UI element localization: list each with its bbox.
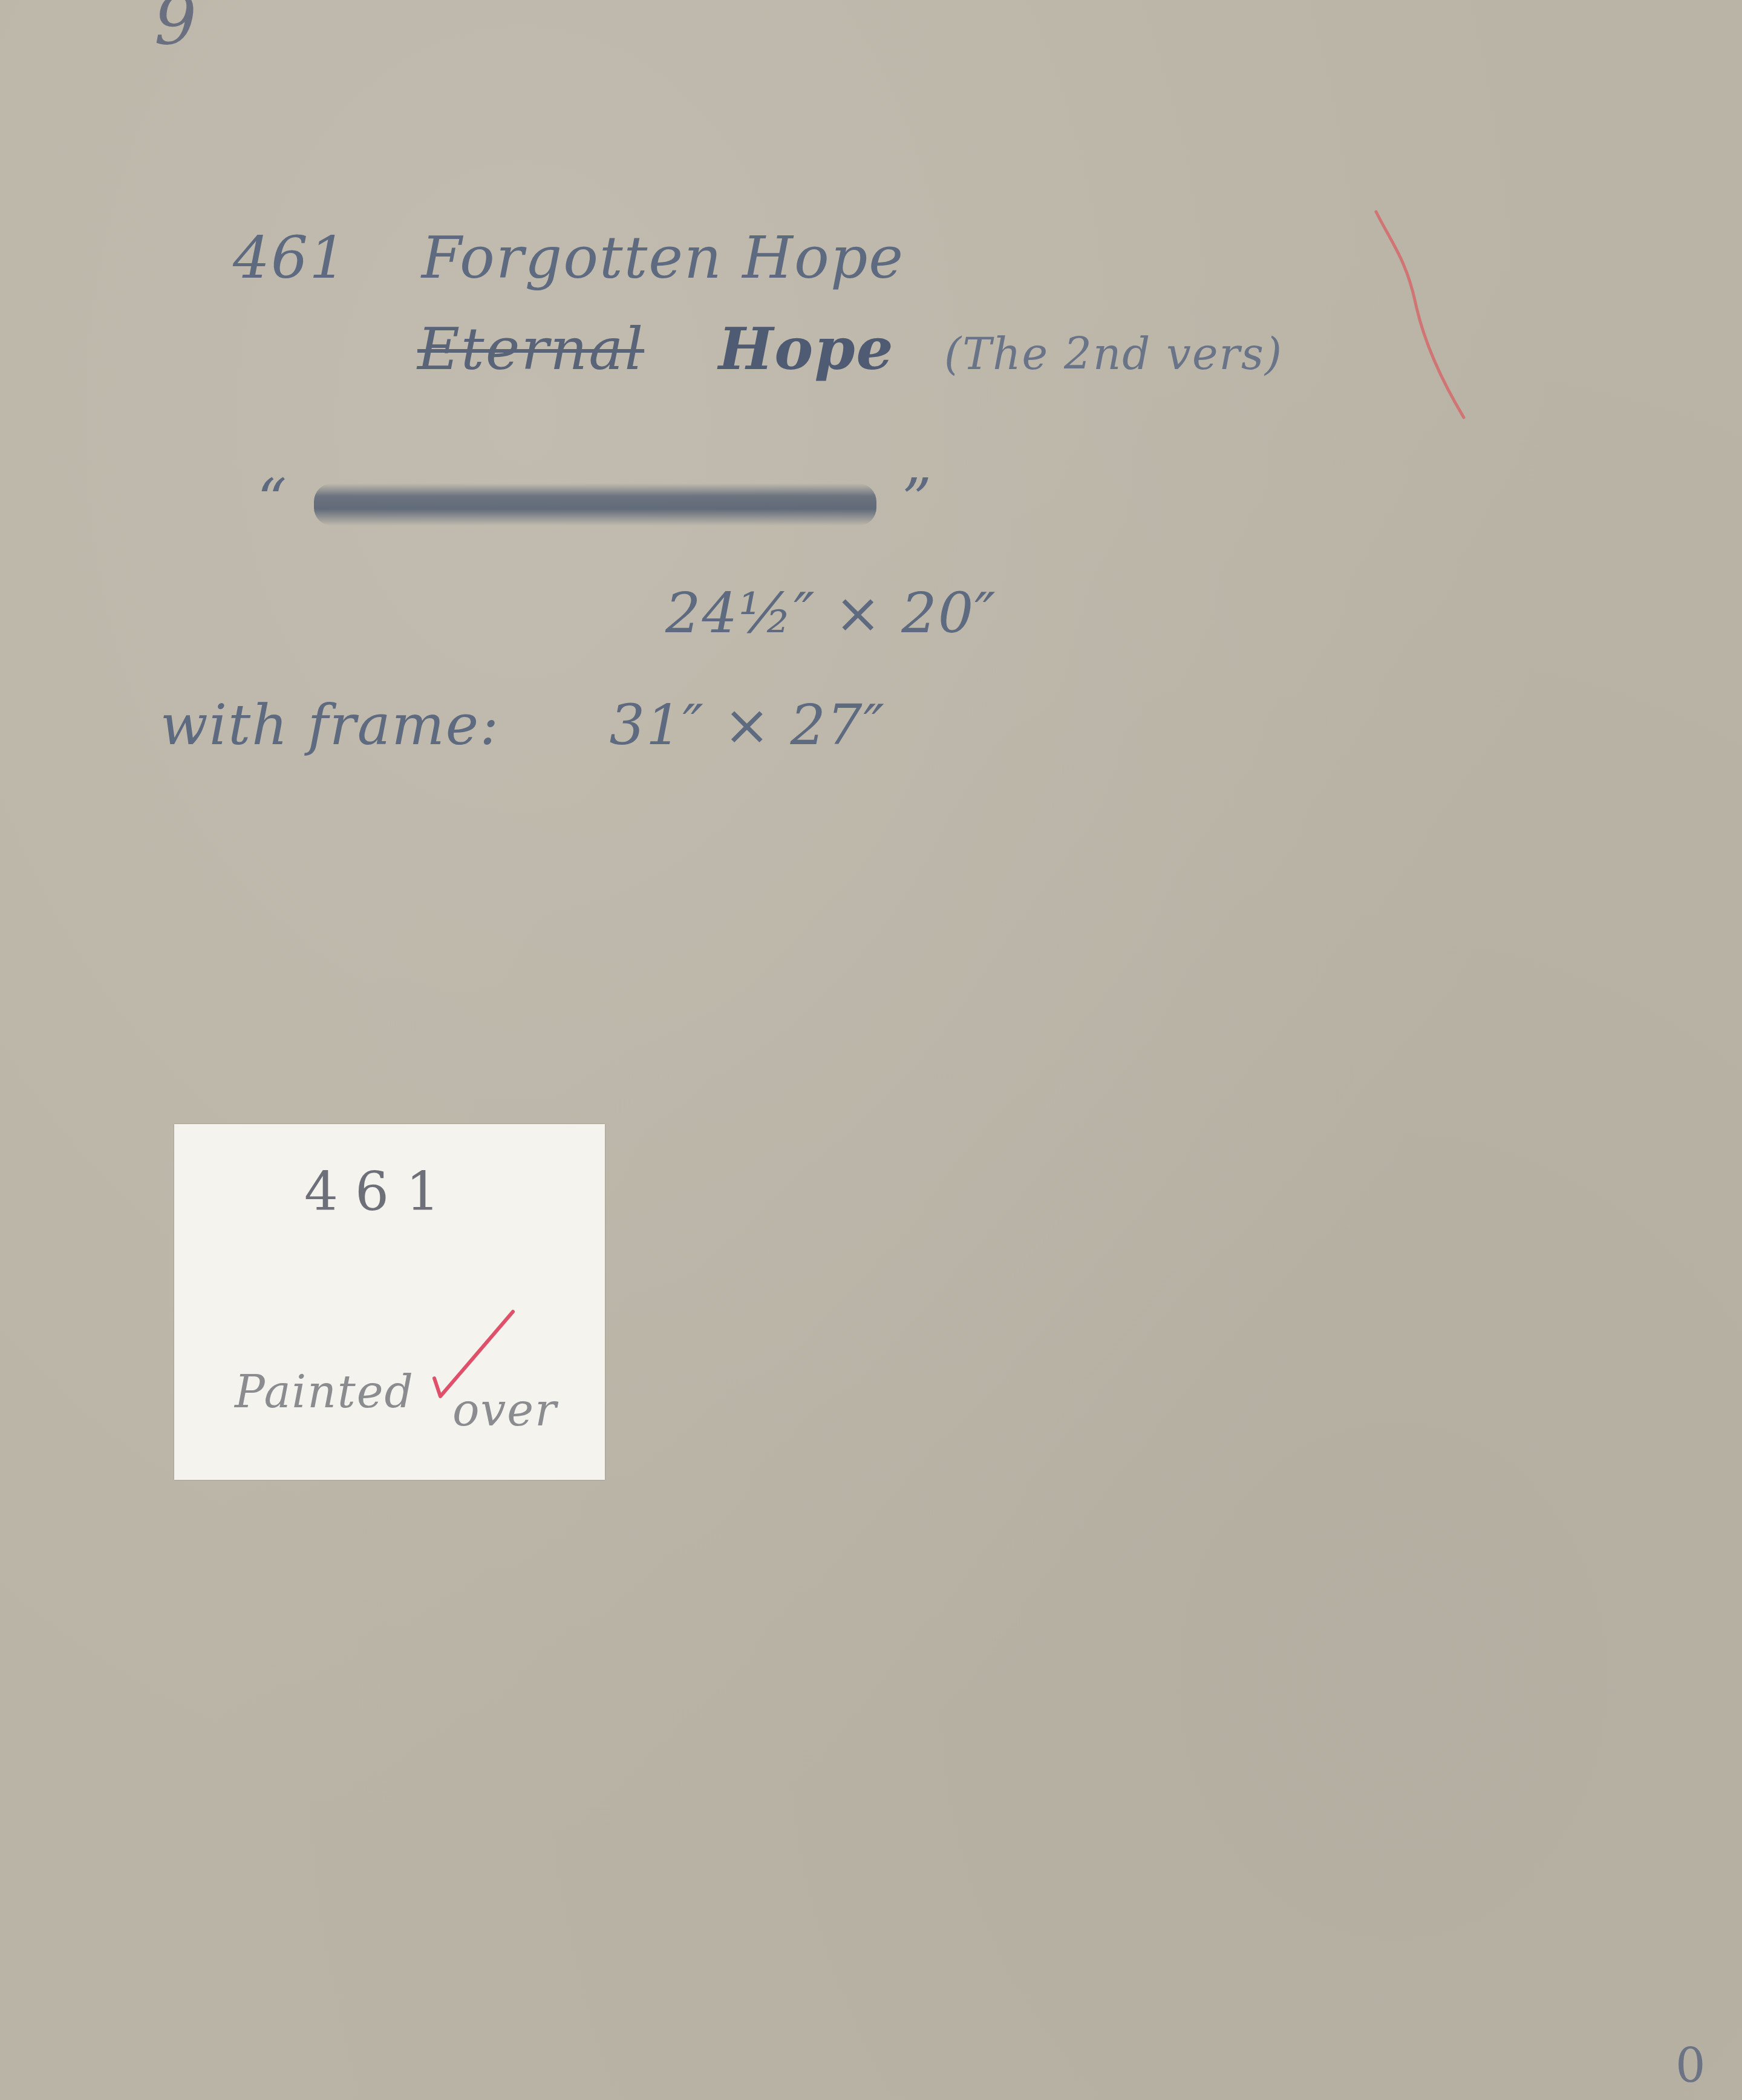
sticker-note-painted: Painted <box>235 1366 414 1418</box>
frame-size: 31″ × 27″ <box>609 693 885 757</box>
sticker-number: 461 <box>304 1160 457 1223</box>
frame-size-line: with frame: 31″ × 27″ <box>160 693 886 757</box>
struck-word: Eternal <box>417 315 644 383</box>
sticker-note-over: over <box>452 1384 558 1436</box>
red-margin-mark <box>1373 206 1470 424</box>
title-line: 461 Forgotten Hope <box>233 224 904 292</box>
alternate-title-word: Hope <box>719 315 895 383</box>
sticker-label: 461 Painted over <box>174 1124 605 1480</box>
scribbled-out-title <box>314 483 876 526</box>
alternate-title-line: Eternal Hope (The 2nd vers) <box>417 315 1283 383</box>
quote-close: ” <box>902 466 933 534</box>
scribbled-title-line: “ ” <box>257 466 933 534</box>
artwork-title: Forgotten Hope <box>422 224 904 292</box>
catalog-number: 461 <box>233 224 347 292</box>
version-note: (The 2nd vers) <box>944 329 1283 379</box>
corner-number-top: 9 <box>154 0 198 59</box>
corner-number-bottom: 0 <box>1675 2039 1707 2093</box>
quote-open: “ <box>257 466 288 534</box>
frame-label: with frame: <box>160 693 500 757</box>
size-line: 24½″ × 20″ <box>665 581 997 646</box>
